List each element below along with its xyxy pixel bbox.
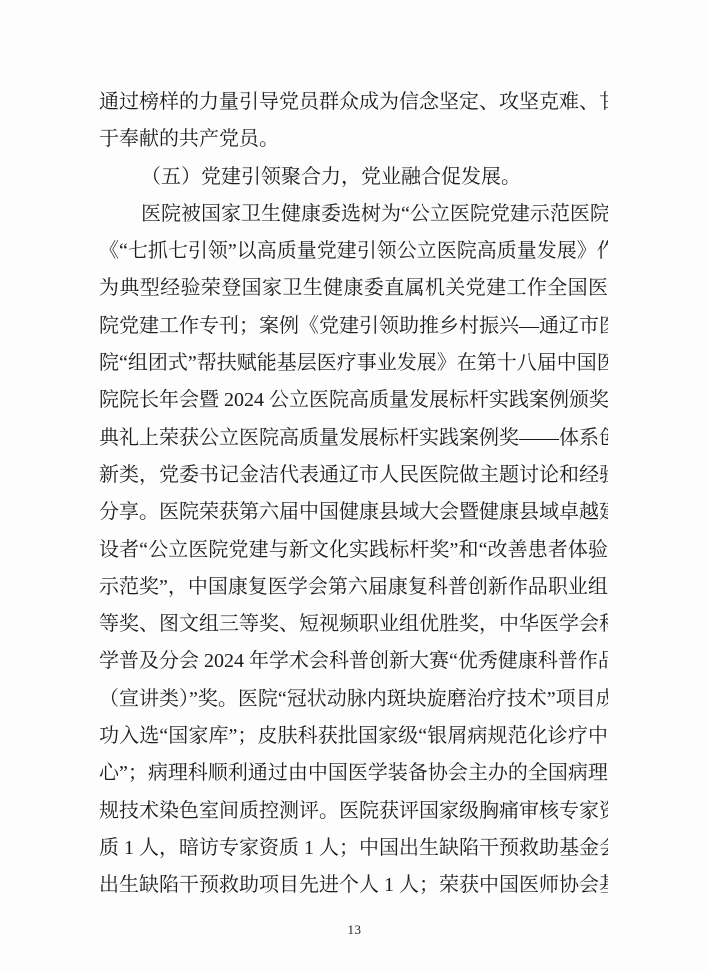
text-line: 分享。医院荣获第六届中国健康县域大会暨健康县域卓越建 xyxy=(99,494,608,531)
text-line: 医院被国家卫生健康委选树为“公立医院党建示范医院”； xyxy=(99,196,608,233)
text-line: 于奉献的共产党员。 xyxy=(99,121,608,158)
page-number: 13 xyxy=(0,921,709,938)
text-line: 院“组团式”帮扶赋能基层医疗事业发展》在第十八届中国医 xyxy=(99,345,608,382)
text-line: 规技术染色室间质控测评。医院获评国家级胸痛审核专家资 xyxy=(99,793,608,830)
text-line: （宣讲类）”奖。医院“冠状动脉内斑块旋磨治疗技术”项目成 xyxy=(99,681,608,718)
text-line: 心”；病理科顺利通过由中国医学装备协会主办的全国病理常 xyxy=(99,755,608,792)
text-line: 示范奖”，中国康复医学会第六届康复科普创新作品职业组一 xyxy=(99,569,608,606)
text-line: 设者“公立医院党建与新文化实践标杆奖”和“改善患者体验 xyxy=(99,532,608,569)
text-line: 质 1 人，暗访专家资质 1 人；中国出生缺陷干预救助基金会 xyxy=(99,830,608,867)
text-line: 典礼上荣获公立医院高质量发展标杆实践案例奖——体系创 xyxy=(99,420,608,457)
text-line: 《“七抓七引领”以高质量党建引领公立医院高质量发展》作 xyxy=(99,233,608,270)
text-line: 通过榜样的力量引导党员群众成为信念坚定、攻坚克难、甘 xyxy=(99,84,608,121)
text-line: （五）党建引领聚合力，党业融合促发展。 xyxy=(99,159,608,196)
text-line: 院院长年会暨 2024 公立医院高质量发展标杆实践案例颁奖 xyxy=(99,382,608,419)
text-line: 功入选“国家库”；皮肤科获批国家级“银屑病规范化诊疗中 xyxy=(99,718,608,755)
document-text-block: 通过榜样的力量引导党员群众成为信念坚定、攻坚克难、甘于奉献的共产党员。（五）党建… xyxy=(99,84,608,905)
text-line: 学普及分会 2024 年学术会科普创新大赛“优秀健康科普作品 xyxy=(99,643,608,680)
text-line: 等奖、图文组三等奖、短视频职业组优胜奖，中华医学会科 xyxy=(99,606,608,643)
document-page: 通过榜样的力量引导党员群众成为信念坚定、攻坚克难、甘于奉献的共产党员。（五）党建… xyxy=(0,0,709,970)
text-line: 院党建工作专刊；案例《党建引领助推乡村振兴—通辽市医 xyxy=(99,308,608,345)
text-line: 为典型经验荣登国家卫生健康委直属机关党建工作全国医 xyxy=(99,270,608,307)
text-line: 出生缺陷干预救助项目先进个人 1 人；荣获中国医师协会基 xyxy=(99,867,608,904)
text-line: 新类，党委书记金洁代表通辽市人民医院做主题讨论和经验 xyxy=(99,457,608,494)
